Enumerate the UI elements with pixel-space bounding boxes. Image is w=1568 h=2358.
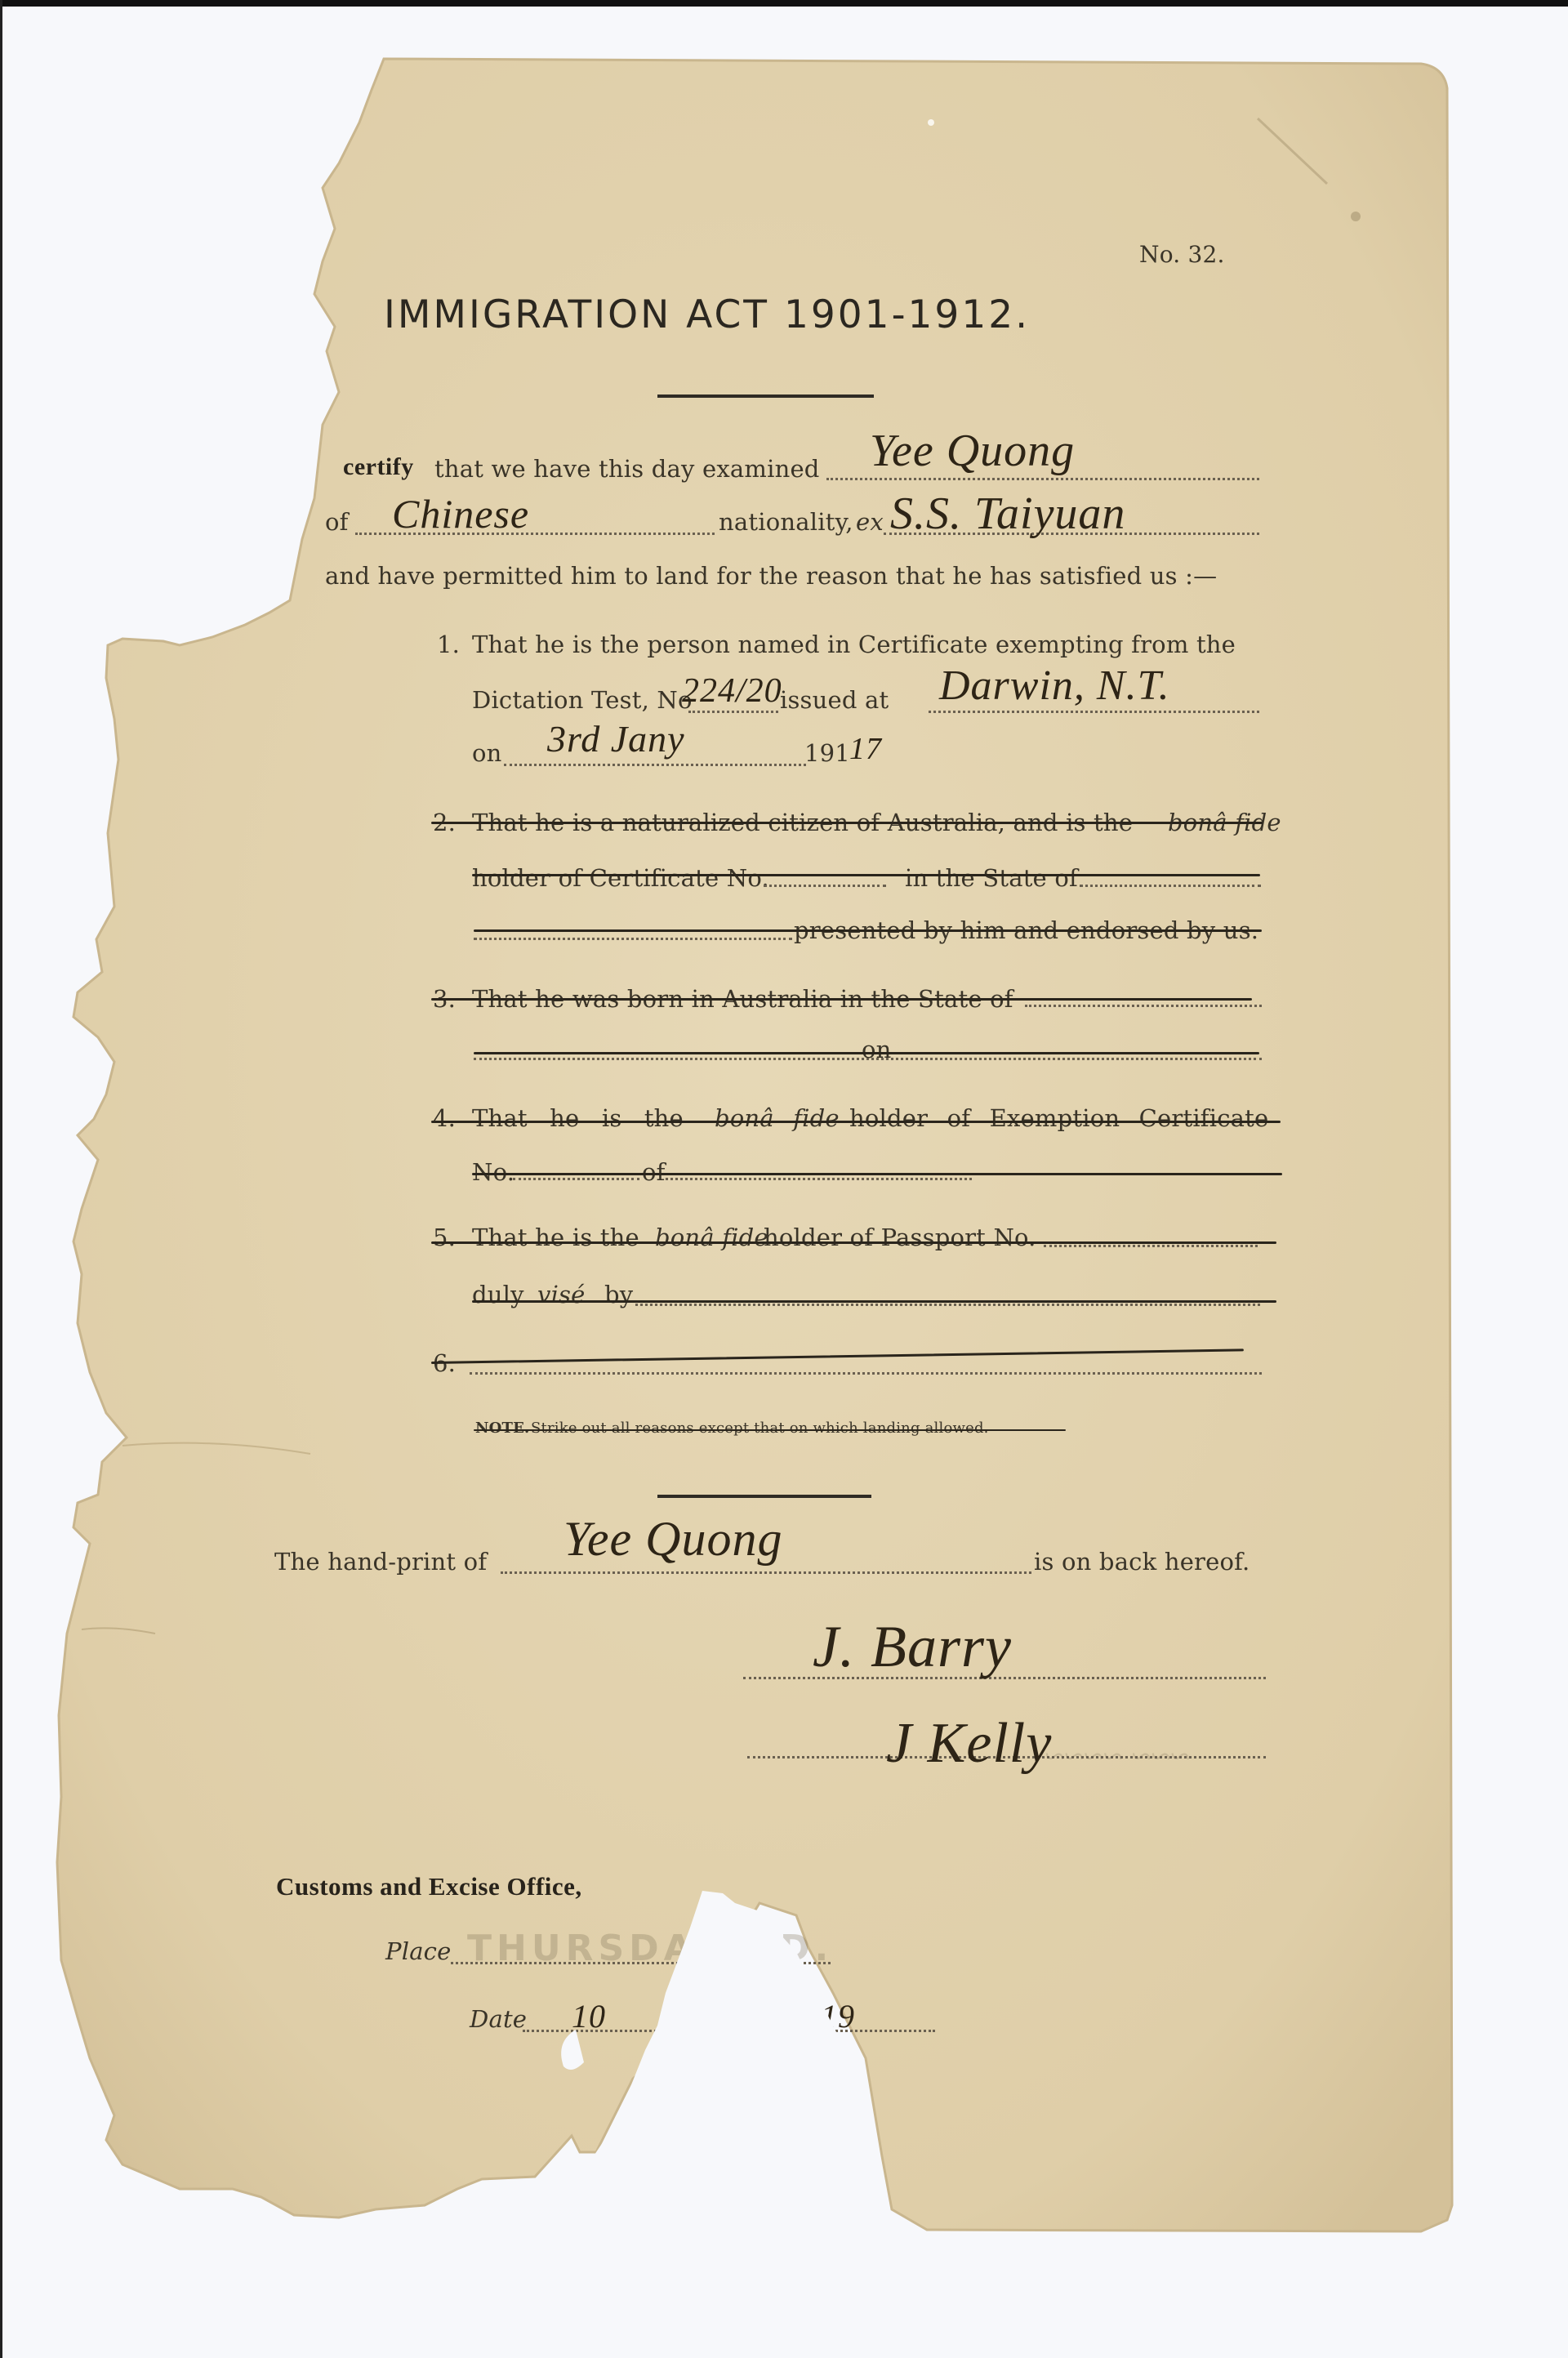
reason-5-by-label: by bbox=[604, 1281, 633, 1308]
reason-4-strikethrough bbox=[431, 1121, 1281, 1123]
reason-5-number: 5. bbox=[433, 1224, 456, 1251]
handwritten-issued-date: 3rd Jany bbox=[547, 717, 685, 760]
reason-2-strikethrough-3 bbox=[474, 929, 1262, 932]
reason-4-of-field bbox=[666, 1178, 972, 1180]
certificate-number-field bbox=[688, 711, 778, 713]
handprint-suffix: is on back hereof. bbox=[1034, 1548, 1249, 1576]
reason-3-state-field bbox=[1025, 1005, 1262, 1007]
section-divider bbox=[657, 1495, 871, 1498]
reason-2-blank-field bbox=[474, 938, 792, 940]
handwritten-date-year: 19 bbox=[821, 1997, 855, 2035]
reason-2-state-field bbox=[1080, 885, 1261, 887]
reason-4-number-field bbox=[513, 1178, 639, 1180]
handwritten-ship: S.S. Taiyuan bbox=[890, 488, 1125, 540]
note-text: Strike out all reasons except that on wh… bbox=[531, 1420, 989, 1437]
note-label: NOTE. bbox=[475, 1420, 530, 1437]
office-title: Customs and Excise Office, bbox=[276, 1872, 582, 1901]
reason-3-strikethrough bbox=[431, 998, 1252, 1001]
nationality-label: nationality, bbox=[719, 508, 853, 536]
reason-4-no-label: No. bbox=[472, 1158, 514, 1186]
title-divider bbox=[657, 394, 874, 398]
ex-label: ex bbox=[856, 508, 884, 536]
reason-2-line-2: holder of Certificate No. bbox=[472, 864, 769, 892]
reason-4-number: 4. bbox=[433, 1104, 456, 1132]
place-stamp: THURSDAY bbox=[467, 1928, 724, 1969]
reason-1-number: 1. bbox=[437, 631, 460, 658]
reason-5-vise-label: visé bbox=[537, 1281, 586, 1308]
reason-1-issued-label: issued at bbox=[780, 686, 889, 714]
handwritten-certificate-number: 224/20 bbox=[682, 671, 782, 711]
handwritten-date-day: 10 bbox=[572, 1997, 606, 2035]
reason-6-field bbox=[470, 1372, 1262, 1375]
reason-1-on-label: on bbox=[472, 739, 502, 767]
reason-4-line-1a: That he is the bbox=[472, 1104, 684, 1132]
reason-5-line-1b: holder of Passport No. bbox=[764, 1224, 1036, 1251]
handwritten-examined-name: Yee Quong bbox=[870, 425, 1075, 477]
handwritten-handprint-name: Yee Quong bbox=[563, 1511, 782, 1567]
handprint-name-field bbox=[501, 1571, 1031, 1574]
of-label: of bbox=[325, 508, 349, 536]
permitted-text: and have permitted him to land for the r… bbox=[325, 562, 1217, 590]
document-number: No. 32. bbox=[1139, 241, 1225, 268]
reason-4-of-label: of bbox=[642, 1158, 666, 1186]
place-label: Place bbox=[385, 1937, 451, 1965]
reason-2-certificate-field bbox=[764, 885, 886, 887]
reason-3-on-label: on bbox=[862, 1036, 892, 1063]
reason-5-passport-field bbox=[1044, 1245, 1258, 1247]
reason-4-bona-fide: bonâ fide bbox=[715, 1104, 840, 1132]
certify-text: that we have this day examined bbox=[434, 455, 820, 483]
handprint-prefix: The hand-print of bbox=[274, 1548, 487, 1576]
bleed-through-writing: ~~~ ~~~~ bbox=[1045, 1736, 1191, 1777]
reason-5-strikethrough-2 bbox=[472, 1300, 1276, 1303]
issued-at-field bbox=[929, 711, 1259, 713]
reason-2-strikethrough bbox=[431, 822, 1263, 824]
reason-3-strikethrough-2 bbox=[474, 1052, 1259, 1054]
place-stamp-tail: D. bbox=[780, 1928, 833, 1969]
reason-4-line-1b: holder of Exemption Certificate bbox=[849, 1104, 1268, 1132]
certify-word: certify bbox=[343, 453, 414, 481]
examined-name-field bbox=[826, 478, 1259, 480]
reason-1-line-1: That he is the person named in Certifica… bbox=[472, 631, 1236, 658]
handwritten-nationality: Chinese bbox=[392, 490, 529, 537]
reason-2-state-label: in the State of bbox=[905, 864, 1078, 892]
reason-5-bona-fide: bonâ fide bbox=[655, 1224, 768, 1251]
handwritten-issued-at: Darwin, N.T. bbox=[939, 662, 1170, 710]
issued-date-field bbox=[504, 764, 806, 766]
reason-4-strikethrough-2 bbox=[472, 1173, 1282, 1175]
reason-5-line-1a: That he is the bbox=[472, 1224, 639, 1251]
signature-1: J. Barry bbox=[813, 1613, 1012, 1681]
reason-5-vise-field bbox=[635, 1304, 1260, 1306]
date-label: Date bbox=[470, 2005, 527, 2033]
handwritten-issued-year: 17 bbox=[849, 731, 882, 767]
reason-1-year-prefix: 191 bbox=[804, 739, 850, 767]
reason-5-duly-label: duly bbox=[472, 1281, 524, 1308]
reason-5-strikethrough bbox=[431, 1241, 1276, 1244]
reason-2-strikethrough-2 bbox=[472, 874, 1260, 876]
signature-2: J Kelly bbox=[886, 1711, 1052, 1776]
note-strikethrough bbox=[474, 1429, 1066, 1431]
reason-1-dictation-label: Dictation Test, No bbox=[472, 686, 693, 714]
document-title: IMMIGRATION ACT 1901-1912. bbox=[384, 292, 1030, 337]
